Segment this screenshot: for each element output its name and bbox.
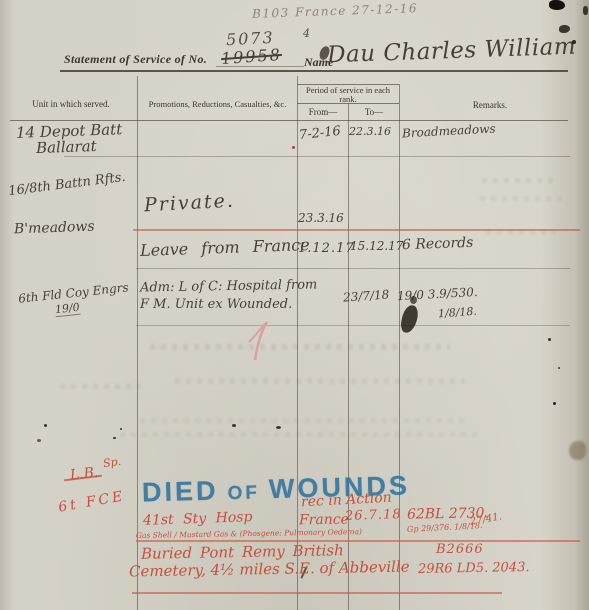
entry3-event: Leave from France: [140, 235, 310, 260]
death-place: France: [299, 512, 349, 529]
pencil-check-mark: 4: [303, 27, 310, 40]
ink-speck: [113, 437, 116, 439]
bleed-through-text: [480, 196, 562, 201]
old-service-number: 19958: [220, 45, 282, 68]
marginalia-red-unit: 6t FCE: [57, 488, 126, 516]
bleed-through-text: [150, 344, 450, 350]
ink-speck: [572, 40, 576, 44]
bleed-through-text: [60, 384, 140, 389]
bleed-through-text: [175, 378, 465, 384]
death-cause: Gas Shell / Mustard Gas & (Phosgene: Pul…: [136, 527, 362, 540]
pencil-annotation: B103 France 27-12-16: [252, 1, 418, 21]
ink-blob-top-right: [549, 0, 565, 10]
ink-speck: [553, 402, 556, 405]
row-line-1: [64, 156, 570, 157]
stamp-word-died: DIED: [142, 476, 219, 509]
row-line-2: [136, 268, 570, 269]
ink-blot-small: [410, 296, 417, 304]
pink-check-squiggle: [245, 320, 277, 362]
ink-speck: [120, 428, 122, 430]
entry1-unit-line2: Ballarat: [36, 137, 97, 157]
entry1-remarks: Broadmeadows: [402, 122, 496, 141]
entry3-remarks: 6 Records: [402, 235, 474, 253]
header-remarks-column: Remarks.: [405, 100, 575, 110]
bleed-through-text: [120, 432, 480, 437]
entry2-unit: 16/8th Battn Rfts.: [8, 170, 127, 199]
entry3-from-date: 1.12.17: [298, 241, 355, 256]
soldier-name: Dau Charles William: [327, 34, 577, 69]
header-from-column: From—: [298, 107, 348, 117]
ink-speck: [583, 6, 588, 15]
header-unit-column: Unit in which served.: [8, 99, 134, 109]
stamp-word-of: OF: [227, 482, 260, 505]
burial-ref1: B2666: [436, 542, 484, 557]
marginalia-sp: Sp.: [102, 455, 122, 470]
ink-blot: [399, 304, 419, 335]
entry2-rank: Private.: [143, 190, 235, 217]
ink-speck: [37, 439, 41, 442]
red-row-line-3: [132, 592, 502, 594]
ink-speck: [44, 424, 47, 427]
entry4-date: 23/7/18: [343, 287, 390, 304]
entry4-event-line1: Adm: L of C: Hospital from: [140, 277, 318, 295]
entry4-remarks-ref1: 19/0 3.9/530.: [397, 285, 478, 303]
service-number-blank-line: [216, 66, 304, 67]
red-ink-dot: [292, 146, 295, 149]
entry4-remarks-ref2: 1/8/18.: [438, 305, 478, 321]
paper-stain: [569, 441, 586, 460]
ink-blob-top-right-2: [559, 25, 570, 33]
ink-speck: [548, 338, 551, 341]
burial-ref2: 29R6 LD5. 2043.: [418, 560, 530, 577]
row-line-3: [136, 325, 570, 326]
death-date: 26.7.18: [345, 507, 402, 524]
entry2-unit-location: B'meadows: [14, 219, 95, 238]
entry3-to-date: 15.12.17: [350, 239, 403, 253]
marginalia-crossed-initials: L.B.: [69, 465, 99, 484]
entry4-unit-line2: 19/0: [54, 301, 80, 318]
statement-label: Statement of Service of No.: [64, 52, 207, 67]
burial-line2: Cemetery, 4½ miles S.E. of Abbeville: [129, 558, 410, 581]
bleed-through-text: [486, 230, 556, 235]
entry1-to-date: 22.3.16: [349, 125, 391, 138]
red-row-line-2: [136, 540, 580, 542]
ink-speck: [276, 426, 281, 429]
bleed-through-text: [140, 418, 470, 423]
header-to-column: To—: [350, 107, 398, 117]
death-hospital: 41st Sty Hosp: [143, 509, 253, 529]
entry4-event-line2: F M. Unit ex Wounded.: [140, 297, 292, 312]
ink-speck: [232, 424, 236, 427]
death-cause-ref: Gp 29/376. 1/8/18.: [407, 521, 483, 534]
ink-speck: [558, 367, 560, 369]
entry1-from-date: 7-2-16: [298, 124, 341, 143]
header-promotions-column: Promotions, Reductions, Casualties, &c.: [140, 99, 295, 109]
statement-of-service-document: B103 France 27-12-16 5073 4 Statement of…: [0, 0, 589, 610]
entry2-from-date: 23.3.16: [298, 211, 344, 225]
header-period-column: Period of service in each rank.: [299, 86, 397, 105]
header-rule: [60, 70, 568, 72]
bleed-through-text: [482, 178, 557, 183]
